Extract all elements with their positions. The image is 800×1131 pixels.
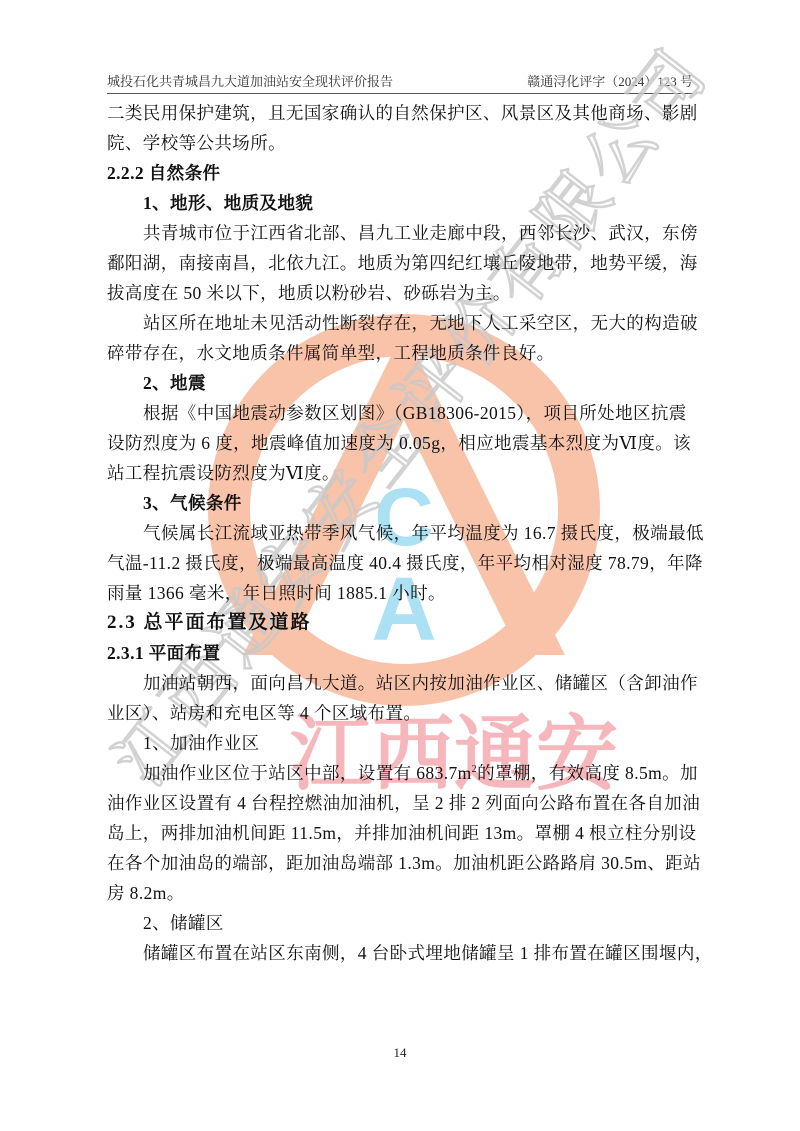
page-number: 14 [0, 1045, 800, 1061]
text-run: 的罩棚，有效高度 8.5m。加 [477, 763, 698, 783]
item-heading: 2、储罐区 [107, 908, 699, 938]
item-heading: 1、地形、地质及地貌 [107, 188, 699, 218]
item-heading: 3、气候条件 [107, 488, 699, 518]
paragraph-line: 加油站朝西，面向昌九大道。站区内按加油作业区、储罐区（含卸油作 [107, 668, 699, 698]
paragraph-line: 碎带存在，水文地质条件属简单型，工程地质条件良好。 [107, 338, 699, 368]
paragraph-line: 储罐区布置在站区东南侧，4 台卧式埋地储罐呈 1 排布置在罐区围堰内， [107, 938, 699, 968]
paragraph-line: 拔高度在 50 米以下，地质以粉砂岩、砂砾岩为主。 [107, 278, 699, 308]
paragraph-line: 二类民用保护建筑，且无国家确认的自然保护区、风景区及其他商场、影剧 [107, 98, 699, 128]
paragraph-line: 根据《中国地震动参数区划图》（GB18306-2015），项目所处地区抗震 [107, 398, 699, 428]
paragraph-line: 站工程抗震设防烈度为Ⅵ度。 [107, 458, 699, 488]
subsection-heading: 2.2.2 自然条件 [107, 158, 699, 188]
document-number: 赣通浔化评字（2024）123 号 [527, 71, 693, 90]
item-heading: 2、地震 [107, 368, 699, 398]
paragraph-line: 油作业区设置有 4 台程控燃油加油机，呈 2 排 2 列面向公路布置在各自加油 [107, 788, 699, 818]
section-heading: 2.3 总平面布置及道路 [107, 608, 699, 638]
report-title: 城投石化共青城昌九大道加油站安全现状评价报告 [107, 71, 393, 90]
paragraph-line: 鄱阳湖，南接南昌，北依九江。地质为第四纪红壤丘陵地带，地势平缓，海 [107, 248, 699, 278]
paragraph-line: 在各个加油岛的端部，距加油岛端部 1.3m。加油机距公路路肩 30.5m、距站 [107, 848, 699, 878]
paragraph-line: 院、学校等公共场所。 [107, 128, 699, 158]
document-body: 二类民用保护建筑，且无国家确认的自然保护区、风景区及其他商场、影剧院、学校等公共… [107, 98, 699, 968]
item-heading: 1、加油作业区 [107, 728, 699, 758]
paragraph-line: 设防烈度为 6 度，地震峰值加速度为 0.05g，相应地震基本烈度为Ⅵ度。该 [107, 428, 699, 458]
paragraph-line: 岛上，两排加油机间距 11.5m，并排加油机间距 13m。罩棚 4 根立柱分别设 [107, 818, 699, 848]
paragraph-line: 房 8.2m。 [107, 878, 699, 908]
paragraph-line: 共青城市位于江西省北部、昌九工业走廊中段，西邻长沙、武汉，东傍 [107, 218, 699, 248]
text-run: 加油作业区位于站区中部，设置有 683.7m [143, 763, 472, 783]
paragraph-line: 气温-11.2 摄氏度，极端最高温度 40.4 摄氏度，年平均相对湿度 78.7… [107, 548, 699, 578]
page-header: 城投石化共青城昌九大道加油站安全现状评价报告 赣通浔化评字（2024）123 号 [107, 68, 693, 94]
paragraph-line: 加油作业区位于站区中部，设置有 683.7m2的罩棚，有效高度 8.5m。加 [107, 758, 699, 788]
subsection-heading: 2.3.1 平面布置 [107, 638, 699, 668]
paragraph-line: 站区所在地址未见活动性断裂存在，无地下人工采空区，无大的构造破 [107, 308, 699, 338]
paragraph-line: 雨量 1366 毫米，年日照时间 1885.1 小时。 [107, 578, 699, 608]
paragraph-line: 业区）、站房和充电区等 4 个区域布置。 [107, 698, 699, 728]
paragraph-line: 气候属长江流域亚热带季风气候，年平均温度为 16.7 摄氏度，极端最低 [107, 518, 699, 548]
